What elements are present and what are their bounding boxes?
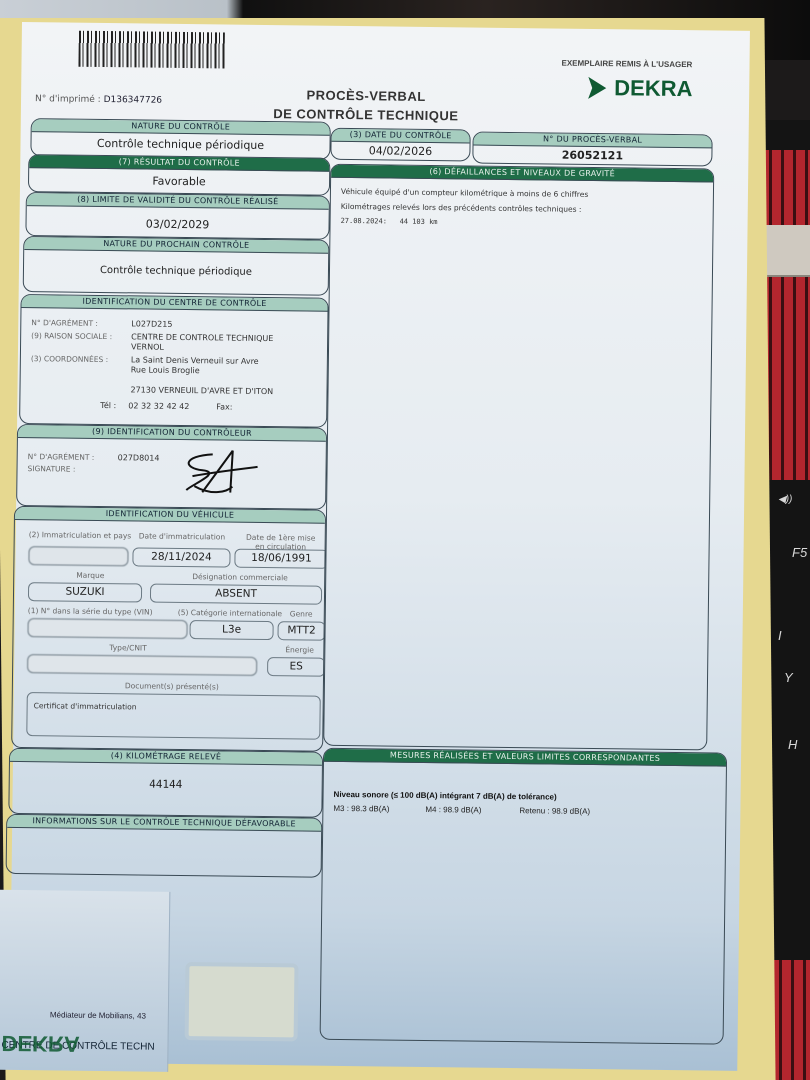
- immat-label: (2) Immatriculation et pays: [29, 530, 132, 540]
- categorie-label: (5) Catégorie internationale: [178, 608, 282, 618]
- envelope-window: [185, 962, 299, 1041]
- immat-field: [28, 546, 128, 566]
- pv-number-value: 26052121: [473, 146, 711, 164]
- centre-agrement-label: N° D'AGRÉMENT :: [31, 318, 98, 328]
- prochain-box: NATURE DU PROCHAIN CONTRÔLE Contrôle tec…: [23, 236, 330, 296]
- signature-mark: [172, 446, 263, 497]
- documents-label: Document(s) présenté(s): [125, 681, 219, 691]
- controleur-header: (9) IDENTIFICATION DU CONTRÔLEUR: [18, 425, 326, 442]
- folded-flap: Médiateur de Mobilians, 43 CENTRE DE CON…: [0, 890, 170, 1072]
- km-history-value: 44 103 km: [400, 218, 438, 226]
- genre-field: MTT2: [277, 621, 325, 641]
- copy-label: EXEMPLAIRE REMIS À L'USAGER: [561, 59, 692, 70]
- title-line1: PROCÈS-VERBAL: [256, 87, 476, 105]
- controleur-box: (9) IDENTIFICATION DU CONTRÔLEUR N° D'AG…: [16, 424, 327, 510]
- key-i: I: [778, 628, 782, 643]
- printed-number-value: D136347726: [104, 95, 163, 106]
- date-immat-label: Date d'immatriculation: [139, 531, 226, 541]
- key-f5: F5: [792, 545, 807, 560]
- documents-field: Certificat d'immatriculation: [26, 692, 321, 740]
- key-y: Y: [784, 670, 793, 685]
- type-field: [27, 654, 257, 676]
- printed-number-label: N° d'imprimé :: [35, 94, 101, 105]
- mesure-retenu: Retenu : 98.9 dB(A): [519, 806, 590, 816]
- centre-raison-line1: CENTRE DE CONTROLE TECHNIQUE: [131, 332, 273, 343]
- centre-tel-label: Tél :: [100, 401, 116, 410]
- centre-addr2: Rue Louis Broglie: [131, 365, 200, 375]
- centre-raison-line2: VERNOL: [131, 342, 164, 351]
- energie-field: ES: [267, 657, 325, 677]
- limite-box: (8) LIMITE DE VALIDITÉ DU CONTRÔLE RÉALI…: [25, 192, 330, 240]
- controleur-agrement-label: N° D'AGRÉMENT :: [28, 452, 95, 462]
- defaillances-box: (6) DÉFAILLANCES ET NIVEAUX DE GRAVITÉ V…: [323, 164, 714, 751]
- mesures-header: MESURES RÉALISÉES ET VALEURS LIMITES COR…: [324, 749, 726, 767]
- energie-label: Énergie: [285, 645, 314, 654]
- mesures-title: Niveau sonore (≤ 100 dB(A) intégrant 7 d…: [334, 790, 557, 802]
- mediateur-text: Médiateur de Mobilians, 43: [50, 1010, 146, 1020]
- vin-label: (1) N° dans la série du type (VIN): [28, 606, 153, 617]
- resultat-value: Favorable: [29, 168, 329, 190]
- km-history-date: 27.08.2024:: [341, 217, 387, 226]
- centre-raison-label: (9) RAISON SOCIALE :: [31, 331, 112, 341]
- date-immat-field: 28/11/2024: [132, 547, 230, 567]
- defavorable-box: INFORMATIONS SUR LE CONTRÔLE TECHNIQUE D…: [6, 814, 323, 878]
- defavorable-header: INFORMATIONS SUR LE CONTRÔLE TECHNIQUE D…: [7, 815, 321, 832]
- dekra-logo: DEKRA: [586, 75, 693, 102]
- vehicule-box: IDENTIFICATION DU VÉHICULE (2) Immatricu…: [11, 506, 326, 752]
- date-mise-field: 18/06/1991: [234, 549, 326, 569]
- centre-addr3: 27130 VERNEUIL D'AVRE ET D'ITON: [130, 385, 273, 396]
- date-value: 04/02/2026: [331, 142, 469, 159]
- kilometrage-value: 44144: [10, 762, 322, 793]
- mirrored-dekra-logo: DEKRA: [1, 1030, 80, 1057]
- dekra-chevron-icon: [586, 75, 608, 101]
- prochain-value: Contrôle technique périodique: [24, 250, 328, 279]
- centre-tel-value: 02 32 32 42 42: [128, 401, 189, 411]
- volume-icon: ◀)): [778, 494, 792, 505]
- nature-box: NATURE DU CONTRÔLE Contrôle technique pé…: [30, 118, 330, 160]
- limite-value: 03/02/2029: [26, 206, 328, 233]
- categorie-field: L3e: [189, 620, 273, 640]
- controleur-signature-label: SIGNATURE :: [27, 464, 75, 474]
- km-history: 27.08.2024: 44 103 km: [340, 214, 702, 233]
- centre-agrement-value: L027D215: [131, 319, 172, 329]
- type-label: Type/CNIT: [109, 643, 147, 652]
- date-box: (3) DATE DU CONTRÔLE 04/02/2026: [330, 128, 470, 162]
- centre-fax-label: Fax:: [216, 402, 232, 411]
- dekra-wordmark: DEKRA: [614, 75, 693, 102]
- centre-box: IDENTIFICATION DU CENTRE DE CONTRÔLE N° …: [19, 294, 329, 428]
- centre-addr1: La Saint Denis Verneuil sur Avre: [131, 355, 259, 366]
- background-cables-bottom: [770, 960, 810, 1080]
- mesure-m3: M3 : 98.3 dB(A): [333, 804, 389, 814]
- background-ruler: [760, 225, 810, 277]
- key-h: H: [788, 737, 797, 752]
- designation-field: ABSENT: [150, 584, 322, 605]
- mesures-box: MESURES RÉALISÉES ET VALEURS LIMITES COR…: [320, 748, 728, 1045]
- mesure-m4: M4 : 98.9 dB(A): [425, 805, 481, 815]
- centre-header: IDENTIFICATION DU CENTRE DE CONTRÔLE: [22, 295, 328, 312]
- proces-verbal-document: N° d'imprimé : D136347726 PROCÈS-VERBAL …: [9, 22, 750, 1071]
- vehicule-header: IDENTIFICATION DU VÉHICULE: [15, 507, 325, 524]
- vin-field: [27, 618, 187, 639]
- designation-label: Désignation commerciale: [192, 572, 288, 582]
- kilometrage-box: (4) KILOMÉTRAGE RELEVÉ 44144: [8, 748, 323, 818]
- genre-label: Genre: [290, 609, 313, 618]
- marque-label: Marque: [76, 571, 104, 580]
- resultat-box: (7) RÉSULTAT DU CONTRÔLE Favorable: [28, 154, 330, 196]
- pv-number-box: N° DU PROCÈS-VERBAL 26052121: [472, 132, 712, 167]
- controleur-agrement-value: 027D8014: [118, 453, 160, 463]
- barcode: [78, 31, 224, 69]
- printed-number: N° d'imprimé : D136347726: [35, 94, 162, 106]
- nature-value: Contrôle technique périodique: [31, 132, 329, 153]
- centre-coord-label: (3) COORDONNÉES :: [31, 354, 108, 364]
- marque-field: SUZUKI: [28, 582, 142, 602]
